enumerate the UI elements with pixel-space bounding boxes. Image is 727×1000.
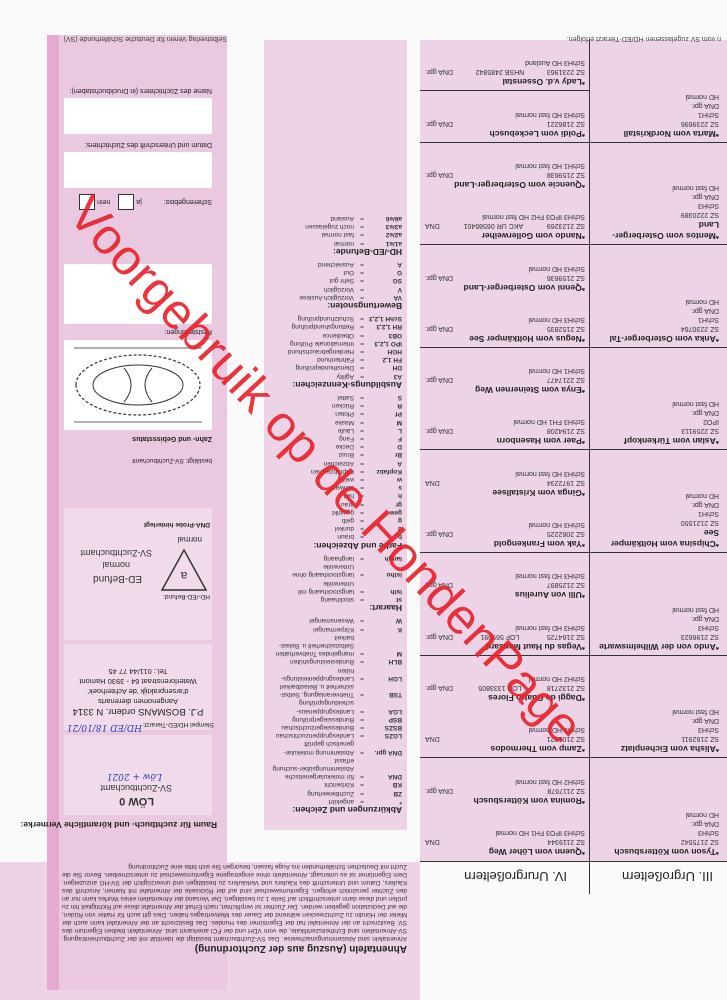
legend-value: Landesgruppenaus-scheidungsprüfung [267, 698, 354, 714]
ancestor-name: *Nando vom Gollerweiher [425, 230, 585, 241]
gen3-ancestor: *Alisha vom EichenplatzSZ 2162911SchH3DN… [594, 707, 719, 754]
legend-value: noch zugelassen [267, 222, 354, 230]
remarks-title: Raum für zuchtbuch- und köramtliche Verm… [21, 820, 217, 830]
legend-entry: M=mangelndes Triebverhalten Selbstsicher… [267, 633, 402, 658]
legend-equals: = [354, 284, 364, 292]
ancestor-sz: SZ 2152835 [547, 324, 585, 333]
ancestor-sz: SZ 2159638 [547, 170, 585, 179]
legend-key: V [364, 284, 402, 292]
legend-value: Schutzhundprüfung [267, 314, 354, 322]
legend-key: OB3 [364, 330, 402, 338]
ancestor-detail: HD normal [594, 491, 719, 500]
ancestor-name: *Tyson vom Köttersbusch [594, 846, 719, 857]
legend-equals: = [354, 554, 364, 562]
rating-title: Bewertungsnoten: [267, 302, 402, 310]
legend-key: W [364, 616, 402, 624]
header-divider [420, 861, 727, 862]
ancestor-dna: DNA gpr. [425, 427, 453, 436]
legend-entry: K=Körpermangel [267, 624, 402, 632]
legend-equals: = [354, 562, 364, 578]
ancestor-dna: DNA [425, 478, 440, 487]
ancestor-detail: HD fast normal [594, 707, 719, 716]
ancestor-titles: SchH3 HD fast normal [425, 110, 585, 119]
ancestor-name: *Paer vom Hasenborn [425, 436, 585, 447]
legend-entry: OB3=Obedience [267, 330, 402, 338]
legend-value: Diensthundeprüfung [267, 363, 354, 371]
legend-equals: = [354, 715, 364, 723]
legend-key: Pf [364, 409, 402, 417]
dna-label: DNA-Probe hinterlegt [144, 521, 210, 528]
legend-key: FH 1,2 [364, 355, 402, 363]
legend-equals: = [354, 276, 364, 284]
ancestor-dna: DNA gpr. [425, 683, 453, 692]
ancestor-titles: SchH3 HD normal [425, 264, 585, 273]
ancestor-name: *Chipsina vom Holtkämper See [594, 527, 719, 549]
ancestor-detail: HD fast normal [594, 400, 719, 409]
legend-entry: W=Wesensmangel [267, 616, 402, 624]
vet-label: Stempel HD/ED-Tierarzt: [142, 721, 214, 728]
abbr-title: Abkürzungen und Zeichen: [267, 806, 402, 814]
ancestor-name: *Anka vom Osterberger-Tal [594, 333, 719, 344]
ancestor-name: *Mentos vom Osterberger-Land [594, 219, 719, 241]
legend-key: BLH [364, 657, 402, 665]
ancestor-detail: IPO2 [594, 418, 719, 427]
ancestor-dna: DNA gpr. [425, 170, 453, 179]
legend-equals: = [354, 682, 364, 698]
hded-box: HD-/ED-Befund: a normal ED-Befund normal… [64, 508, 212, 640]
gen4-ancestor: *Nando vom GollerweiherSZ 2123269AKC UR … [425, 212, 585, 241]
ancestor-titles: SchH3 IPO3 FH2 HD fast normal [425, 212, 585, 221]
legend-entry: A=Ausreichend [267, 260, 402, 268]
legend-equals: = [354, 314, 364, 322]
legend-equals: = [354, 578, 364, 594]
gen4-ancestor: *Ginga vom KristallseeSZ 1972234DNASchH3… [425, 469, 585, 498]
row-divider [420, 552, 590, 553]
confirm-label: bestätigt: SV-Zuchtbuchamt [132, 457, 212, 464]
ancestor-name: *Aslan vom Türkenkopf [594, 436, 719, 447]
legend-key: R [364, 401, 402, 409]
gen3-ancestor: *Ando von der WilhelmswarteSZ 2196623Sch… [594, 605, 719, 652]
ancestor-name: *Marta vom Nordkristall [594, 128, 719, 139]
footer-left: n vom SV zugelassenen HD/ED-Tierarzt erf… [567, 35, 721, 42]
row-divider [420, 757, 590, 758]
row-divider [420, 347, 590, 348]
legend-key: TSB [364, 682, 402, 698]
ancestor-detail: SchH1 [594, 110, 719, 119]
hded-label: HD-/ED-Befund: [163, 593, 210, 600]
gen3-ancestor: *Mentos vom Osterberger-LandSZ 2220389Sc… [594, 183, 719, 241]
legend-entry: KB=Körbericht [267, 780, 402, 788]
ancestor-name: *Yak vom Frankengold [425, 538, 585, 549]
ancestor-detail: DNA gpr. [594, 716, 719, 725]
gen4-ancestor: *Qenni vom Osterberger-LandSZ 2159636DNA… [425, 264, 585, 293]
ancestor-detail: HD normal [594, 92, 719, 101]
legend-value: Abstammung molekular-genetisch geprüft [267, 739, 354, 755]
vet-stamp-box: Stempel HD/ED-Tierarzt: HD/ED 18/10/21 P… [64, 644, 212, 730]
ancestor-sz: SZ 2217477 [547, 375, 585, 384]
ancestor-dna: DNA gpr. [425, 324, 453, 333]
ancestor-sz: SZ 2123269 [547, 221, 585, 230]
gen3-ancestor: *Anka vom Osterberger-TalSZ 2230764SchH1… [594, 297, 719, 344]
ancestor-detail: DNA gpr. [594, 500, 719, 509]
legend-value: langstockhaarig mit Unterwolle [267, 578, 354, 594]
legend-value: Wesensmangel [267, 616, 354, 624]
legend-equals: = [354, 393, 364, 401]
legend-entry: lsth=langstockhaarig mit Unterwolle [267, 578, 402, 594]
legend-equals: = [354, 780, 364, 788]
ancestor-foreign-reg: NHSB 2485842 [476, 67, 525, 76]
vet-stamp-line: Aangenomen dierenarts [68, 696, 208, 706]
legend-equals: = [354, 347, 364, 355]
legend-entry: TSB=Triebveranlagung, Selbst-sicherheit … [267, 682, 402, 698]
legend-value: normal [267, 238, 354, 246]
legend-equals: = [354, 739, 364, 755]
gen4-ancestor: *Quencie vom Osterberger-LandSZ 2159638D… [425, 161, 585, 190]
legend-key: a3/e3 [364, 222, 402, 230]
legend-entry: VA=Vorzüglich Auslese [267, 293, 402, 301]
legend-key: a1/e1 [364, 238, 402, 246]
legend-equals: = [354, 665, 364, 681]
pink-margin-strip [47, 35, 59, 990]
ed-stamp-title: ED-Befund [93, 573, 142, 584]
teeth-title: Zahn- und Gebissstatus [132, 435, 212, 442]
hd-triangle-value: normal [178, 535, 202, 544]
ancestor-titles: SchH3 HD normal [425, 315, 585, 324]
hd-triangle-stamp: a [160, 548, 208, 592]
ancestor-dna: DNA gpr. [425, 67, 453, 76]
legend-equals: = [354, 756, 364, 781]
ancestor-detail: HD normal [594, 810, 719, 819]
legend-value: Landesgruppenleistungs-hüten [267, 665, 354, 681]
legend-equals: = [354, 222, 364, 230]
legend-equals: = [354, 355, 364, 363]
legend-value: mangelndes Triebverhalten Selbstsicherhe… [267, 633, 354, 658]
legend-key: a2/e2 [364, 230, 402, 238]
vet-handwriting: HD/ED 18/10/21 [67, 722, 142, 732]
row-divider [420, 450, 590, 451]
date-signature-field[interactable] [64, 152, 212, 188]
legend-key: A [364, 458, 402, 466]
legend-value: Bundessiegerzuchtschau [267, 723, 354, 731]
ancestor-name: *Romina vom Köttersbusch [425, 795, 585, 806]
legend-key: HGH [364, 347, 402, 355]
legend-value: fast normal [267, 230, 354, 238]
gen3-ancestor: *Marta vom NordkristallSZ 2239696SchH1DN… [594, 92, 719, 139]
ed-stamp-org: SV-Zuchtbuchamt [80, 548, 152, 558]
ancestor-dna: DNA gpr. [425, 375, 453, 384]
ancestor-titles: SchH2 HD fast normal [425, 777, 585, 786]
legend-key: L [364, 426, 402, 434]
legend-equals: = [354, 595, 364, 603]
gen4-ancestor: *Yak vom FrankengoldSZ 2062225DNA gpr.Sc… [425, 520, 585, 549]
ancestor-name: *Quencie vom Osterberger-Land [425, 179, 585, 190]
ancestor-titles: SchH1 HD fast normal [425, 161, 585, 170]
legend-value: Fährtenhund [267, 355, 354, 363]
ancestor-detail: DNA gpr. [594, 306, 719, 315]
legend-entry: RH 1,2,3=Rettungshundprüfung [267, 322, 402, 330]
ancestor-sz: SZ 2194208 [547, 427, 585, 436]
ancestor-dna: DNA [425, 221, 440, 230]
ancestor-dna: DNA gpr. [425, 529, 453, 538]
legend-equals: = [354, 616, 364, 624]
ancestor-detail: HD normal [594, 297, 719, 306]
legend-key: LGH [364, 665, 402, 681]
ancestor-sz: SZ 2062225 [547, 529, 585, 538]
legend-key: LGA [364, 698, 402, 714]
ancestor-sz: SZ 2119344 [547, 837, 585, 846]
remarks-handwriting: Löw + 2021 [107, 771, 162, 781]
ancestor-sz: SZ 2117678 [547, 786, 585, 795]
legend-value: Körbericht [267, 780, 354, 788]
legend-entry: a3/e3=noch zugelassen [267, 222, 402, 230]
legend-equals: = [354, 624, 364, 632]
yes-label: ja [136, 198, 141, 205]
row-divider [420, 244, 590, 245]
ancestor-name: *Poldi vom Leckebusch [425, 128, 585, 139]
ancestor-detail: DNA gpr. [594, 101, 719, 110]
legend-equals: = [354, 657, 364, 665]
legend-equals: = [354, 442, 364, 450]
ancestor-detail: HD fast normal [594, 183, 719, 192]
legend-value: Vorzüglich Auslese [267, 293, 354, 301]
legend-equals: = [354, 417, 364, 425]
legend-value: für molekulargenetische Abstammungsüber-… [267, 756, 354, 781]
legend-key: LGZS [364, 731, 402, 739]
legend-entry: LGZS=Landesgruppenzuchtschau [267, 731, 402, 739]
ahnentafel-info: Ahnentafeln (Auszug aus der Zuchtordnung… [62, 862, 407, 952]
ancestor-name: *Ginga vom Kristallsee [425, 487, 585, 498]
legend-key: M [364, 417, 402, 425]
legend-entry: LGH=Landesgruppenleistungs-hüten [267, 665, 402, 681]
ancestor-sz: SZ 2231963 [547, 67, 585, 76]
ancestor-detail: SZ 2220389 [594, 210, 719, 219]
legend-value: langhaarig [267, 554, 354, 562]
legend-key: SG [364, 276, 402, 284]
legend-entry: a1/e1=normal [267, 238, 402, 246]
ahnentafel-text: Ahnentafeln sind Abstammungsnachweise. D… [62, 862, 407, 942]
ancestor-sz: SZ 2164725 [547, 632, 585, 641]
legend-key: BSP [364, 715, 402, 723]
legend-key: RH 1,2,3 [364, 322, 402, 330]
legend-value: Rettungshundprüfung [267, 322, 354, 330]
legend-key: Br [364, 450, 402, 458]
gen-divider [589, 39, 590, 894]
legend-equals: = [354, 371, 364, 379]
ancestor-dna: DNA [425, 734, 440, 743]
ancestor-detail: DNA gpr. [594, 819, 719, 828]
legend-equals: = [354, 409, 364, 417]
ancestor-detail: DNA gpr. [594, 614, 719, 623]
legend-key: DNA gpr. [364, 739, 402, 755]
legend-entry: a6/e6=Ausland [267, 214, 402, 222]
legend-key: DNA [364, 756, 402, 781]
gen4-ancestor: *Enya vom Steinernen WegSZ 2217477DNA gp… [425, 366, 585, 395]
gen4-ancestor: *Paer vom HasenbornSZ 2194208DNA gpr.Sch… [425, 418, 585, 447]
remarks-stamp: LÖW 0 [119, 795, 154, 807]
legend-key: G [364, 268, 402, 276]
ancestor-sz: SZ 2159636 [547, 273, 585, 282]
legend-entry: ZB=Zuchtbewertung [267, 788, 402, 796]
legend-equals: = [354, 788, 364, 796]
legend-value: Bundessiegerprüfung [267, 715, 354, 723]
ancestor-detail: SchH3 [594, 201, 719, 210]
legend-entry: DNA=für molekulargenetische Abstammungsü… [267, 756, 402, 781]
vet-stamp-line: Tel.: 011/44 77 45 [68, 666, 208, 676]
remarks-stamp-sv: SV-Zuchtbuchamt [100, 783, 172, 793]
gen4-ancestor: *Quenn vom Löher WegSZ 2119344DNASchH3 I… [425, 828, 585, 857]
legend-entry: G=Gut [267, 268, 402, 276]
legend-equals: = [354, 723, 364, 731]
ancestor-foreign-reg: AKC UR 06586401 [464, 221, 524, 230]
ancestor-name: *Alisha vom Eichenplatz [594, 743, 719, 754]
ed-stamp-value: normal [102, 560, 130, 570]
legend-equals: = [354, 698, 364, 714]
gen4-ancestor: *Poldi vom LeckebuschSZ 2186221DNA gpr.S… [425, 110, 585, 139]
gen4-ancestor: *Romina vom KöttersbuschSZ 2117678DNA gp… [425, 777, 585, 806]
legend-key: D [364, 442, 402, 450]
legend-key: IPO 1,2,3 [364, 339, 402, 347]
legend-value: Landesgruppenzuchtschau [267, 731, 354, 739]
ancestor-dna: DNA gpr. [425, 786, 453, 795]
ancestor-dna: DNA gpr. [425, 119, 453, 128]
legend-entry: DNA gpr.=Abstammung molekular-genetisch … [267, 739, 402, 755]
legend-equals: = [354, 214, 364, 222]
ancestor-titles: SchH1 HD normal [425, 366, 585, 375]
legend-equals: = [354, 322, 364, 330]
ancestor-sz: SZ 2125897 [547, 580, 585, 589]
legend-key: KB [364, 780, 402, 788]
ancestor-detail: SZ 2196623 [594, 632, 719, 641]
row-divider [420, 142, 590, 143]
vet-stamp-line: d'arsenpraktijk 'de Achterhoek' [68, 686, 208, 696]
legend-value: Bundesleistungshüten [267, 657, 354, 665]
legend-value: stockhaarig [267, 595, 354, 603]
ancestor-dna: DNA [425, 837, 440, 846]
legend-key: M [364, 633, 402, 658]
hair-title: Haarart: [267, 604, 402, 612]
legend-value: angekört [267, 797, 354, 805]
ancestor-detail: SZ 2162911 [594, 734, 719, 743]
ancestor-name: *Ando von der Wilhelmswarte [594, 641, 719, 652]
legend-entry: BSP=Bundessiegerprüfung [267, 715, 402, 723]
legend-equals: = [354, 434, 364, 442]
legend-key: ZB [364, 788, 402, 796]
ancestor-detail: SZ 2259113 [594, 427, 719, 436]
legend-entry: A3=Agility [267, 371, 402, 379]
row-divider [420, 90, 590, 91]
legend-value: Zuchtbewertung [267, 788, 354, 796]
legend-value: Gut [267, 268, 354, 276]
ancestor-detail: SchH3 [594, 828, 719, 837]
ancestor-titles: SchH3 HD Ausland [425, 58, 585, 67]
legend-key: a6/e6 [364, 214, 402, 222]
legend-equals: = [354, 450, 364, 458]
legend-key: DH [364, 363, 402, 371]
ancestor-detail: SZ 2230764 [594, 324, 719, 333]
ancestor-detail: SchH3 [594, 623, 719, 632]
gen4-ancestor: *Lady v.d. OssenstalSZ 2231963NHSB 24858… [425, 58, 585, 87]
legend-key: BSZS [364, 723, 402, 731]
legend-equals: = [354, 363, 364, 371]
legend-entry: st=stockhaarig [267, 595, 402, 603]
legend-equals: = [354, 330, 364, 338]
legend-equals: = [354, 230, 364, 238]
legend-value: Ausland [267, 214, 354, 222]
ancestor-name: *Negus vom Holtkämper See [425, 333, 585, 344]
legend-value: Körpermangel [267, 624, 354, 632]
legend-entry: FH 1,2=Fährtenhund [267, 355, 402, 363]
ahnentafel-title: Ahnentafeln (Auszug aus der Zuchtordnung… [62, 944, 407, 952]
legend-key: K [364, 624, 402, 632]
gen3-ancestor: *Tyson vom KöttersbuschSZ 2175542SchH3DN… [594, 810, 719, 857]
remarks-box: LÖW 0 SV-Zuchtbuchamt Löw + 2021 [64, 735, 212, 815]
gen3-ancestor: *Aslan vom TürkenkopfSZ 2259113IPO2DNA g… [594, 400, 719, 447]
ancestor-dna: DNA gpr. [425, 273, 453, 282]
ancestor-titles: SchH3 IPO3 FH1 HD normal [425, 828, 585, 837]
ancestor-detail: SZ 2239696 [594, 119, 719, 128]
legend-entry: IPO 1,2,3=Internationale Prüfung [267, 339, 402, 347]
vet-stamp-line: P.J. BOSMANS ordenr. N 3314 [68, 706, 208, 716]
ancestor-detail: DNA gpr. [594, 409, 719, 418]
legend-equals: = [354, 426, 364, 434]
ancestor-detail: HD fast normal [594, 605, 719, 614]
gen4-header: IV. Ururgroßeltern [464, 869, 567, 884]
gen3-ancestor: *Chipsina vom Holtkämper SeeSZ 2121550Sc… [594, 491, 719, 549]
ancestor-name: *Enya vom Steinernen Weg [425, 384, 585, 395]
gen3-header: III. Urgroßeltern [622, 869, 713, 884]
legend-value: Obedience [267, 330, 354, 338]
name-label: Name des Züchtichters (in Druckbuchstabe… [70, 87, 212, 94]
legend-value: Herdengebrauchshund [267, 347, 354, 355]
ancestor-sz: SZ 2186221 [547, 119, 585, 128]
legend-key: F [364, 434, 402, 442]
ancestor-detail: SchH1 [594, 509, 719, 518]
legend-entry: SchH 1,2,3=Schutzhundprüfung [267, 314, 402, 322]
gen4-ancestor: *Negus vom Holtkämper SeeSZ 2152835DNA g… [425, 315, 585, 344]
ancestor-sz: SZ 1972234 [547, 478, 585, 487]
legend-equals: = [354, 633, 364, 658]
footer-right: Selbstverlag Verein für Deutsche Schäfer… [64, 35, 227, 42]
ancestor-titles: SchH3 HD fast normal [425, 469, 585, 478]
legend-key: A [364, 260, 402, 268]
legend-equals: = [354, 238, 364, 246]
legend-value: langstockhaarig ohne Unterwolle [267, 562, 354, 578]
ancestor-detail: SZ 2121550 [594, 518, 719, 527]
legend-entry: V=Vorzüglich [267, 284, 402, 292]
scissor-label: Scherengebiss: [164, 198, 212, 205]
ancestor-name: *Lady v.d. Ossenstal [425, 76, 585, 87]
date-label: Datum und Unterschrift des Züchtichters: [85, 141, 212, 148]
svg-text:a: a [180, 569, 187, 583]
hded-title: HD-/ED-Befunde: [267, 248, 402, 256]
legend-value: Vorzüglich [267, 284, 354, 292]
legend-equals: = [354, 731, 364, 739]
ancestor-titles: SchH3 FH1 HD normal [425, 418, 585, 427]
ancestor-detail: SZ 2175542 [594, 837, 719, 846]
legend-entry: SG=Sehr gut [267, 276, 402, 284]
legend-value: Triebveranlagung, Selbst-sicherheit u. B… [267, 682, 354, 698]
legend-equals: = [354, 293, 364, 301]
legend-key: VA [364, 293, 402, 301]
legend-key: * [364, 797, 402, 805]
legend-value: braun [267, 532, 354, 540]
legend-value: Ausreichend [267, 260, 354, 268]
judge-name-field[interactable] [64, 98, 212, 134]
legend-equals: = [354, 401, 364, 409]
legend-entry: DH=Diensthundeprüfung [267, 363, 402, 371]
legend-entry: LGA=Landesgruppenaus-scheidungsprüfung [267, 698, 402, 714]
ancestor-name: *Qenni vom Osterberger-Land [425, 282, 585, 293]
